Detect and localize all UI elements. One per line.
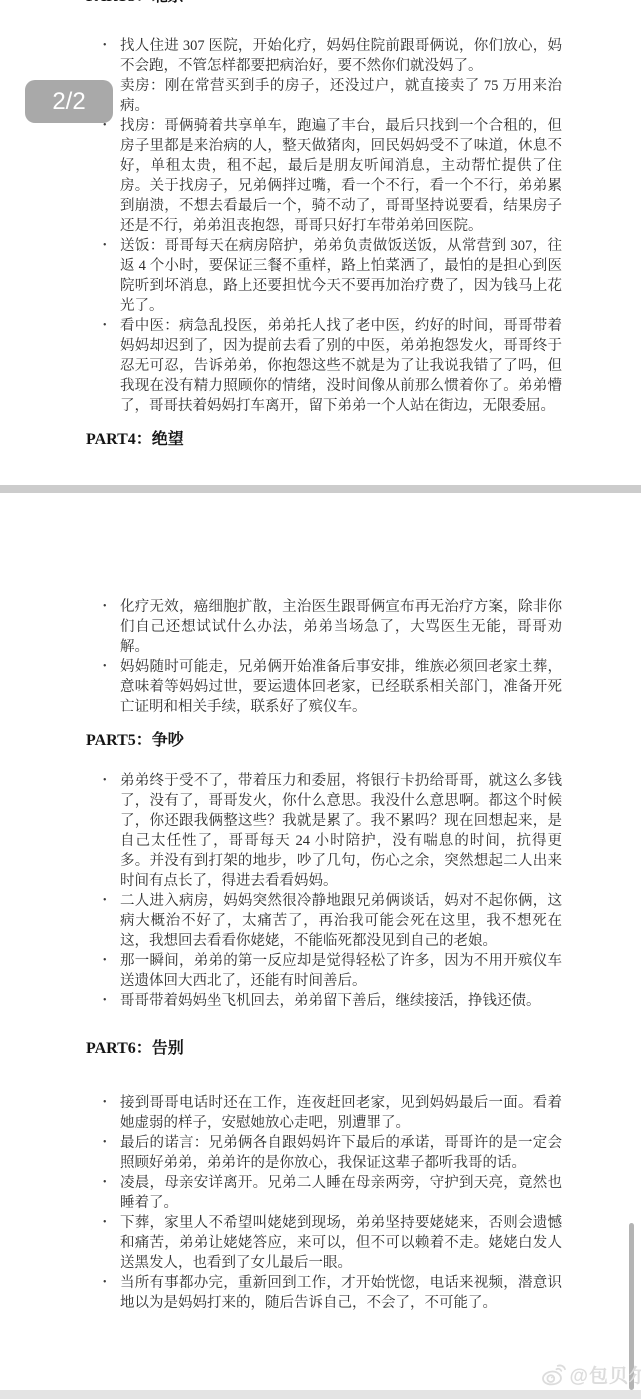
document-page-2: •化疗无效，癌细胞扩散，主治医生跟哥俩宣布再无治疗方案，除非你们自己还想试试什么… <box>0 597 641 1313</box>
bullet-text: 卖房：刚在常营买到手的房子，还没过户，就直接卖了 75 万用来治病。 <box>120 76 562 116</box>
bullet-dot-icon: • <box>103 36 120 76</box>
bullet-text: 妈妈随时可能走，兄弟俩开始准备后事安排，维族必须回老家土葬，意味着等妈妈过世，要… <box>120 657 562 717</box>
section-heading: PART4：绝望 <box>86 430 641 450</box>
bullet-text: 找人住进 307 医院，开始化疗，妈妈住院前跟哥俩说，你们放心，妈不会跑，不管怎… <box>120 36 562 76</box>
bullet-dot-icon: • <box>103 657 120 717</box>
bullet-dot-icon: • <box>103 771 120 891</box>
bullet-text: 当所有事都办完，重新回到工作，才开始恍惚，电话来视频，潜意识地以为是妈妈打来的，… <box>120 1273 562 1313</box>
watermark: @包贝尔 <box>540 1361 641 1388</box>
bullet-text: 化疗无效，癌细胞扩散，主治医生跟哥俩宣布再无治疗方案，除非你们自己还想试试什么办… <box>120 597 562 657</box>
bullet-text: 凌晨，母亲安详离开。兄弟二人睡在母亲两旁，守护到天亮，竟然也睡着了。 <box>120 1173 562 1213</box>
bullet-dot-icon: • <box>103 1093 120 1133</box>
page-indicator-badge: 2/2 <box>25 80 113 123</box>
document-viewer: PART3：北京•找人住进 307 医院，开始化疗，妈妈住院前跟哥俩说，你们放心… <box>0 0 641 1399</box>
bullet-dot-icon: • <box>103 1133 120 1173</box>
bullet-text: 送饭：哥哥每天在病房陪护，弟弟负责做饭送饭，从常营到 307，往返 4 个小时，… <box>120 236 562 316</box>
bullet-item: •看中医：病急乱投医，弟弟托人找了老中医，约好的时间，哥哥带着妈妈却迟到了，因为… <box>0 316 641 416</box>
bullet-dot-icon: • <box>103 236 120 316</box>
bullet-item: •最后的诺言：兄弟俩各自跟妈妈许下最后的承诺，哥哥许的是一定会照顾好弟弟，弟弟许… <box>0 1133 641 1173</box>
bullet-text: 那一瞬间，弟弟的第一反应却是觉得轻松了许多，因为不用开殡仪车送遗体回大西北了，还… <box>120 951 562 991</box>
bullet-item: •送饭：哥哥每天在病房陪护，弟弟负责做饭送饭，从常营到 307，往返 4 个小时… <box>0 236 641 316</box>
bullet-item: •找人住进 307 医院，开始化疗，妈妈住院前跟哥俩说，你们放心，妈不会跑，不管… <box>0 36 641 76</box>
section-heading: PART3：北京 <box>86 0 641 7</box>
bullet-text: 接到哥哥电话时还在工作，连夜赶回老家，见到妈妈最后一面。看着她虚弱的样子，安慰她… <box>120 1093 562 1133</box>
bullet-text: 找房：哥俩骑着共享单车，跑遍了丰台，最后只找到一个合租的，但房子里都是来治病的人… <box>120 116 562 236</box>
section-heading: PART5：争吵 <box>86 731 641 751</box>
bottom-edge-strip <box>0 1390 641 1399</box>
watermark-handle: @包贝尔 <box>569 1361 641 1388</box>
bullet-item: •下葬，家里人不希望叫姥姥到现场，弟弟坚持要姥姥来，否则会遗憾和痛苦，弟弟让姥姥… <box>0 1213 641 1273</box>
bullet-dot-icon: • <box>103 991 120 1011</box>
bullet-item: •那一瞬间，弟弟的第一反应却是觉得轻松了许多，因为不用开殡仪车送遗体回大西北了，… <box>0 951 641 991</box>
section-heading: PART6：告别 <box>86 1039 641 1059</box>
bullet-item: •妈妈随时可能走，兄弟俩开始准备后事安排，维族必须回老家土葬，意味着等妈妈过世，… <box>0 657 641 717</box>
bullet-dot-icon: • <box>103 951 120 991</box>
weibo-icon <box>540 1363 566 1387</box>
bullet-item: •弟弟终于受不了，带着压力和委屈，将银行卡扔给哥哥，就这么多钱了，没有了，哥哥发… <box>0 771 641 891</box>
document-page-1: PART3：北京•找人住进 307 医院，开始化疗，妈妈住院前跟哥俩说，你们放心… <box>0 0 641 470</box>
page-indicator-label: 2/2 <box>52 88 85 116</box>
bullet-text: 二人进入病房，妈妈突然很冷静地跟兄弟俩谈话，妈对不起你俩，这病大概治不好了，太痛… <box>120 891 562 951</box>
bullet-dot-icon: • <box>103 1213 120 1273</box>
bullet-text: 下葬，家里人不希望叫姥姥到现场，弟弟坚持要姥姥来，否则会遗憾和痛苦，弟弟让姥姥答… <box>120 1213 562 1273</box>
bullet-item: •当所有事都办完，重新回到工作，才开始恍惚，电话来视频，潜意识地以为是妈妈打来的… <box>0 1273 641 1313</box>
bullet-text: 哥哥带着妈妈坐飞机回去，弟弟留下善后，继续接活，挣钱还债。 <box>120 991 562 1011</box>
page-break-band <box>0 485 641 493</box>
bullet-item: •找房：哥俩骑着共享单车，跑遍了丰台，最后只找到一个合租的，但房子里都是来治病的… <box>0 116 641 236</box>
bullet-dot-icon: • <box>103 1173 120 1213</box>
bullet-item: •二人进入病房，妈妈突然很冷静地跟兄弟俩谈话，妈对不起你俩，这病大概治不好了，太… <box>0 891 641 951</box>
bullet-item: •化疗无效，癌细胞扩散，主治医生跟哥俩宣布再无治疗方案，除非你们自己还想试试什么… <box>0 597 641 657</box>
bullet-item: •凌晨，母亲安详离开。兄弟二人睡在母亲两旁，守护到天亮，竟然也睡着了。 <box>0 1173 641 1213</box>
bullet-dot-icon: • <box>103 891 120 951</box>
bullet-dot-icon: • <box>103 1273 120 1313</box>
bullet-item: •接到哥哥电话时还在工作，连夜赶回老家，见到妈妈最后一面。看着她虚弱的样子，安慰… <box>0 1093 641 1133</box>
bullet-item: •哥哥带着妈妈坐飞机回去，弟弟留下善后，继续接活，挣钱还债。 <box>0 991 641 1011</box>
bullet-dot-icon: • <box>103 316 120 416</box>
bullet-text: 弟弟终于受不了，带着压力和委屈，将银行卡扔给哥哥，就这么多钱了，没有了，哥哥发火… <box>120 771 562 891</box>
bullet-dot-icon: • <box>103 597 120 657</box>
bullet-text: 最后的诺言：兄弟俩各自跟妈妈许下最后的承诺，哥哥许的是一定会照顾好弟弟，弟弟许的… <box>120 1133 562 1173</box>
bullet-text: 看中医：病急乱投医，弟弟托人找了老中医，约好的时间，哥哥带着妈妈却迟到了，因为提… <box>120 316 562 416</box>
bullet-dot-icon: • <box>103 116 120 236</box>
